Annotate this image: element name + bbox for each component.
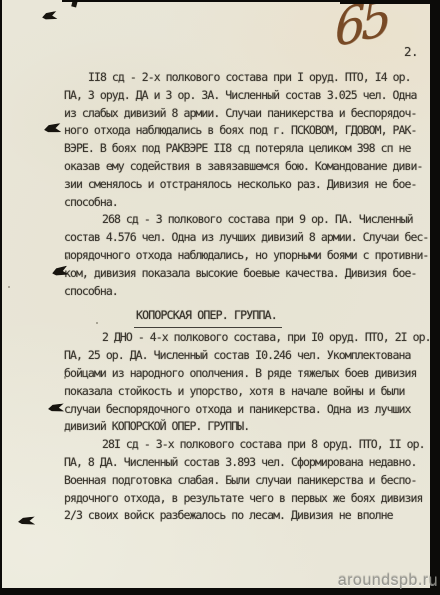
text-line: Военная подготовка слабая. Были случаи п…: [64, 472, 430, 490]
text-line: 28I сд - 3-х полкового состава при 8 ору…: [64, 436, 430, 454]
paper-speck: [66, 256, 68, 260]
text-line: способна.: [64, 283, 430, 301]
text-line: способна.: [64, 194, 430, 212]
binding-ink-mark: [42, 11, 58, 21]
page-number: 2.: [404, 44, 418, 59]
scan-edge-right: [430, 0, 440, 595]
text-line: 268 сд - 3 полкового состава при 9 ор. П…: [64, 211, 430, 229]
text-line: ного отхода наблюдались в боях под г. ПС…: [64, 122, 430, 140]
text-line: рядочного отхода, в результате чего в пе…: [64, 490, 430, 508]
binding-ink-mark: [18, 517, 35, 526]
scan-edge-top-corner: [340, 0, 440, 4]
text-line: зии сменялось и отстранялось несколько р…: [64, 176, 430, 194]
scanned-document-page: 65 2. II8 сд - 2-х полкового состава при…: [0, 0, 440, 595]
paragraph-281sd: 28I сд - 3-х полкового состава при 8 ору…: [64, 436, 430, 525]
paper-speck: [8, 286, 10, 288]
text-line: ПА, 8 ДА. Численный состав 3.893 чел. Сф…: [64, 454, 430, 472]
paper-speck: [64, 376, 66, 379]
text-line: ком, дивизия показала высокие боевые кач…: [64, 265, 430, 283]
text-line: случаи беспорядочного отхода и паникерст…: [64, 401, 430, 419]
paragraph-268sd: 268 сд - 3 полкового состава при 9 ор. П…: [64, 211, 430, 300]
text-line: дивизий КОПОРСКОЙ ОПЕР. ГРУППЫ.: [64, 418, 430, 436]
text-line: состав 4.576 чел. Одна из лучших дивизий…: [64, 229, 430, 247]
scan-edge-left: [0, 0, 2, 595]
text-line: ПА, 25 ор. ДА. Численный состав I0.246 ч…: [64, 347, 430, 365]
binding-ink-mark: [48, 403, 65, 412]
section-header-text: КОПОРСКАЯ ОПЕР. ГРУППА.: [134, 304, 282, 328]
text-line: из слабых дивизий 8 армии. Случаи панике…: [64, 105, 430, 123]
text-line: ПА, 3 оруд. ДА и 3 ор. ЗА. Численный сос…: [64, 87, 430, 105]
paper-speck: [96, 322, 98, 324]
binding-ink-mark: [44, 123, 62, 134]
watermark: aroundspb.ru: [338, 572, 438, 590]
text-line: бойцами из народного ополчения. В ряде т…: [64, 365, 430, 383]
section-header: КОПОРСКАЯ ОПЕР. ГРУППА.: [64, 303, 430, 329]
text-line: II8 сд - 2-х полкового состава при I ору…: [64, 69, 430, 87]
text-line: порядочного отхода наблюдались, но упорн…: [64, 247, 430, 265]
handwritten-page-mark: 65: [334, 0, 387, 59]
document-body: II8 сд - 2-х полкового состава при I ору…: [64, 69, 430, 525]
text-line: 2 ДНО - 4-х полкового состава, при I0 ор…: [64, 329, 430, 347]
text-line: ВЭРЕ. В боях под РАКВЭРЕ II8 сд потеряла…: [64, 140, 430, 158]
paragraph-118sd: II8 сд - 2-х полкового состава при I ору…: [64, 69, 430, 211]
paragraph-2dno: 2 ДНО - 4-х полкового состава, при I0 ор…: [64, 329, 430, 436]
text-line: оказав ему содействия в завязавшемся бою…: [64, 158, 430, 176]
text-line: показала стойкость и упорство, хотя в на…: [64, 383, 430, 401]
text-line: 2/3 своих войск разбежалось по лесам. Ди…: [64, 507, 430, 525]
